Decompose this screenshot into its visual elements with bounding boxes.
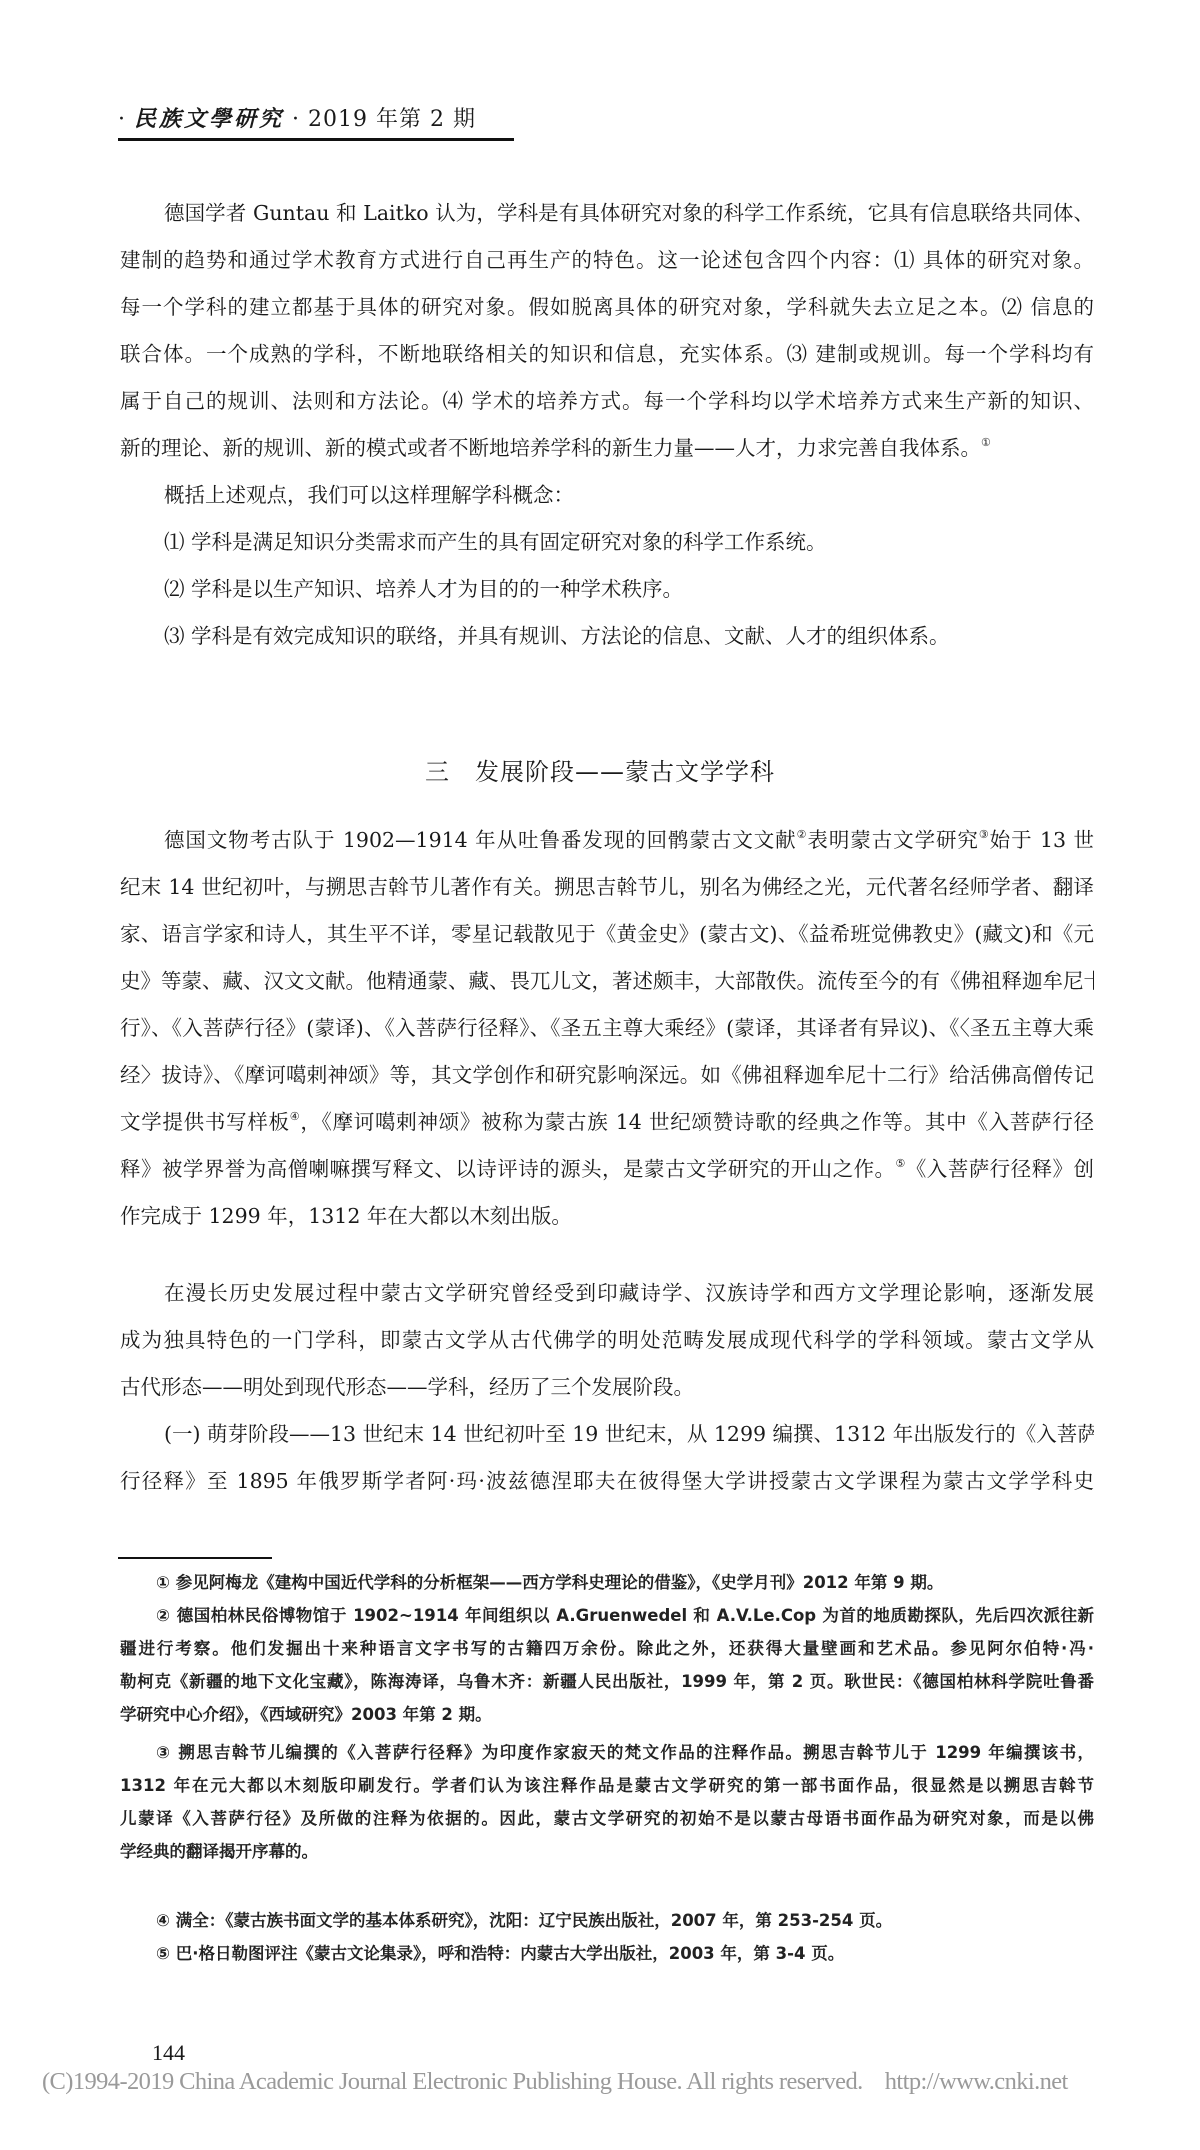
body-line: 德国文物考古队于 1902—1914 年从吐鲁番发现的回鹘蒙古文文献②表明蒙古文…	[164, 825, 1094, 855]
cnki-url[interactable]: http://www.cnki.net	[885, 2068, 1068, 2095]
footnote-ref-5[interactable]: ⑤	[896, 1157, 906, 1170]
copyright-notice: (C)1994-2019 China Academic Journal Elec…	[42, 2068, 1068, 2096]
body-line: 家、语言学家和诗人，其生平不详，零星记载散见于《黄金史》(蒙古文)、《益希班觉佛…	[120, 919, 1094, 949]
header-dot-left: ·	[118, 107, 126, 132]
journal-name: 民族文學研究	[134, 106, 284, 132]
body-line: 释》被学界誉为高僧喇嘛撰写释文、以诗评诗的源头，是蒙古文学研究的开山之作。⑤《入…	[120, 1154, 1094, 1184]
body-line: 成为独具特色的一门学科，即蒙古文学从古代佛学的明处范畴发展成现代科学的学科领域。…	[120, 1325, 1094, 1355]
body-line: 行径释》至 1895 年俄罗斯学者阿·玛·波兹德涅耶夫在彼得堡大学讲授蒙古文学课…	[120, 1466, 1094, 1496]
body-line: 每一个学科的建立都基于具体的研究对象。假如脱离具体的研究对象，学科就失去立足之本…	[120, 292, 1094, 322]
definition-item: ⑴ 学科是满足知识分类需求而产生的具有固定研究对象的科学工作系统。	[164, 527, 1094, 557]
header-rule	[118, 138, 514, 141]
section-heading: 三 发展阶段——蒙古文学学科	[0, 752, 1200, 787]
body-text: ，《摩诃噶剌神颂》被称为蒙古族 14 世纪颂赞诗歌的经典之作等。其中《入菩萨行径	[300, 1110, 1094, 1134]
body-line: 纪末 14 世纪初叶，与搠思吉斡节儿著作有关。搠思吉斡节儿，别名为佛经之光，元代…	[120, 872, 1094, 902]
footnote-2: ② 德国柏林民俗博物馆于 1902~1914 年间组织以 A.Gruenwede…	[156, 1603, 1094, 1629]
footnote-3-cont: 学经典的翻译揭开序幕的。	[120, 1839, 1094, 1865]
body-line: 联合体。一个成熟的学科，不断地联络相关的知识和信息，充实体系。⑶ 建制或规训。每…	[120, 339, 1094, 369]
body-text: 新的理论、新的规训、新的模式或者不断地培养学科的新生力量——人才，力求完善自我体…	[120, 436, 981, 460]
body-line: 建制的趋势和通过学术教育方式进行自己再生产的特色。这一论述包含四个内容：⑴ 具体…	[120, 245, 1094, 275]
header-dot-right: ·	[292, 107, 300, 132]
body-line: 在漫长历史发展过程中蒙古文学研究曾经受到印藏诗学、汉族诗学和西方文学理论影响，逐…	[164, 1278, 1094, 1308]
body-line: 作完成于 1299 年，1312 年在大都以木刻出版。	[120, 1201, 1094, 1231]
footnote-3-cont: 1312 年在元大都以木刻版印刷发行。学者们认为该注释作品是蒙古文学研究的第一部…	[120, 1773, 1094, 1799]
body-text: 文学提供书写样板	[120, 1110, 290, 1134]
footnote-2-cont: 学研究中心介绍》，《西域研究》2003 年第 2 期。	[120, 1702, 1094, 1728]
footnote-1: ① 参见阿梅龙《建构中国近代学科的分析框架——西方学科史理论的借鉴》，《史学月刊…	[156, 1570, 1094, 1596]
body-line: 史》等蒙、藏、汉文文献。他精通蒙、藏、畏兀儿文，著述颇丰，大部散佚。流传至今的有…	[120, 966, 1094, 996]
body-text: 《入菩萨行径释》创	[906, 1157, 1094, 1181]
body-line: 概括上述观点，我们可以这样理解学科概念：	[164, 480, 1094, 510]
body-text: 表明蒙古文学研究	[807, 828, 978, 852]
running-header-text: · 民族文學研究 · 2019 年第 2 期	[118, 102, 476, 133]
body-text: 释》被学界誉为高僧喇嘛撰写释文、以诗评诗的源头，是蒙古文学研究的开山之作。	[120, 1157, 896, 1181]
body-line: 新的理论、新的规训、新的模式或者不断地培养学科的新生力量——人才，力求完善自我体…	[120, 433, 1094, 463]
definition-item: ⑶ 学科是有效完成知识的联络，并具有规训、方法论的信息、文献、人才的组织体系。	[164, 621, 1094, 651]
body-line: 文学提供书写样板④，《摩诃噶剌神颂》被称为蒙古族 14 世纪颂赞诗歌的经典之作等…	[120, 1107, 1094, 1137]
body-line: 属于自己的规训、法则和方法论。⑷ 学术的培养方式。每一个学科均以学术培养方式来生…	[120, 386, 1094, 416]
body-line: 行》、《入菩萨行径》(蒙译)、《入菩萨行径释》、《圣五主尊大乘经》(蒙译，其译者…	[120, 1013, 1094, 1043]
footnote-separator	[118, 1557, 272, 1559]
copyright-text: (C)1994-2019 China Academic Journal Elec…	[42, 2068, 863, 2095]
footnote-3-cont: 儿蒙译《入菩萨行径》及所做的注释为依据的。因此，蒙古文学研究的初始不是以蒙古母语…	[120, 1806, 1094, 1832]
body-line: (一) 萌芽阶段——13 世纪末 14 世纪初叶至 19 世纪末，从 1299 …	[164, 1419, 1094, 1449]
issue-label: 2019 年第 2 期	[308, 107, 476, 132]
running-header: · 民族文學研究 · 2019 年第 2 期	[118, 100, 514, 140]
footnote-3: ③ 搠思吉斡节儿编撰的《入菩萨行径释》为印度作家寂天的梵文作品的注释作品。搠思吉…	[156, 1740, 1094, 1766]
body-text: 始于 13 世	[990, 828, 1094, 852]
definition-item: ⑵ 学科是以生产知识、培养人才为目的的一种学术秩序。	[164, 574, 1094, 604]
footnote-5: ⑤ 巴·格日勒图评注《蒙古文论集录》，呼和浩特：内蒙古大学出版社，2003 年，…	[156, 1941, 1094, 1967]
footnote-2-cont: 疆进行考察。他们发掘出十来种语言文字书写的古籍四万余份。除此之外，还获得大量壁画…	[120, 1636, 1094, 1662]
footnote-ref-3[interactable]: ③	[979, 828, 990, 841]
footnote-ref-4[interactable]: ④	[290, 1110, 301, 1123]
footnote-ref-1[interactable]: ①	[981, 436, 991, 449]
body-line: 古代形态——明处到现代形态——学科，经历了三个发展阶段。	[120, 1372, 1094, 1402]
body-text: 德国文物考古队于 1902—1914 年从吐鲁番发现的回鹘蒙古文文献	[164, 828, 797, 852]
body-line: 德国学者 Guntau 和 Laitko 认为，学科是有具体研究对象的科学工作系…	[164, 198, 1094, 228]
footnote-ref-2[interactable]: ②	[797, 828, 808, 841]
body-line: 经〉拔诗》、《摩诃噶剌神颂》等，其文学创作和研究影响深远。如《佛祖释迦牟尼十二行…	[120, 1060, 1094, 1090]
footnote-4: ④ 满全：《蒙古族书面文学的基本体系研究》，沈阳：辽宁民族出版社，2007 年，…	[156, 1908, 1094, 1934]
page-number: 144	[152, 2040, 185, 2066]
footnote-2-cont: 勒柯克《新疆的地下文化宝藏》，陈海涛译，乌鲁木齐：新疆人民出版社，1999 年，…	[120, 1669, 1094, 1695]
